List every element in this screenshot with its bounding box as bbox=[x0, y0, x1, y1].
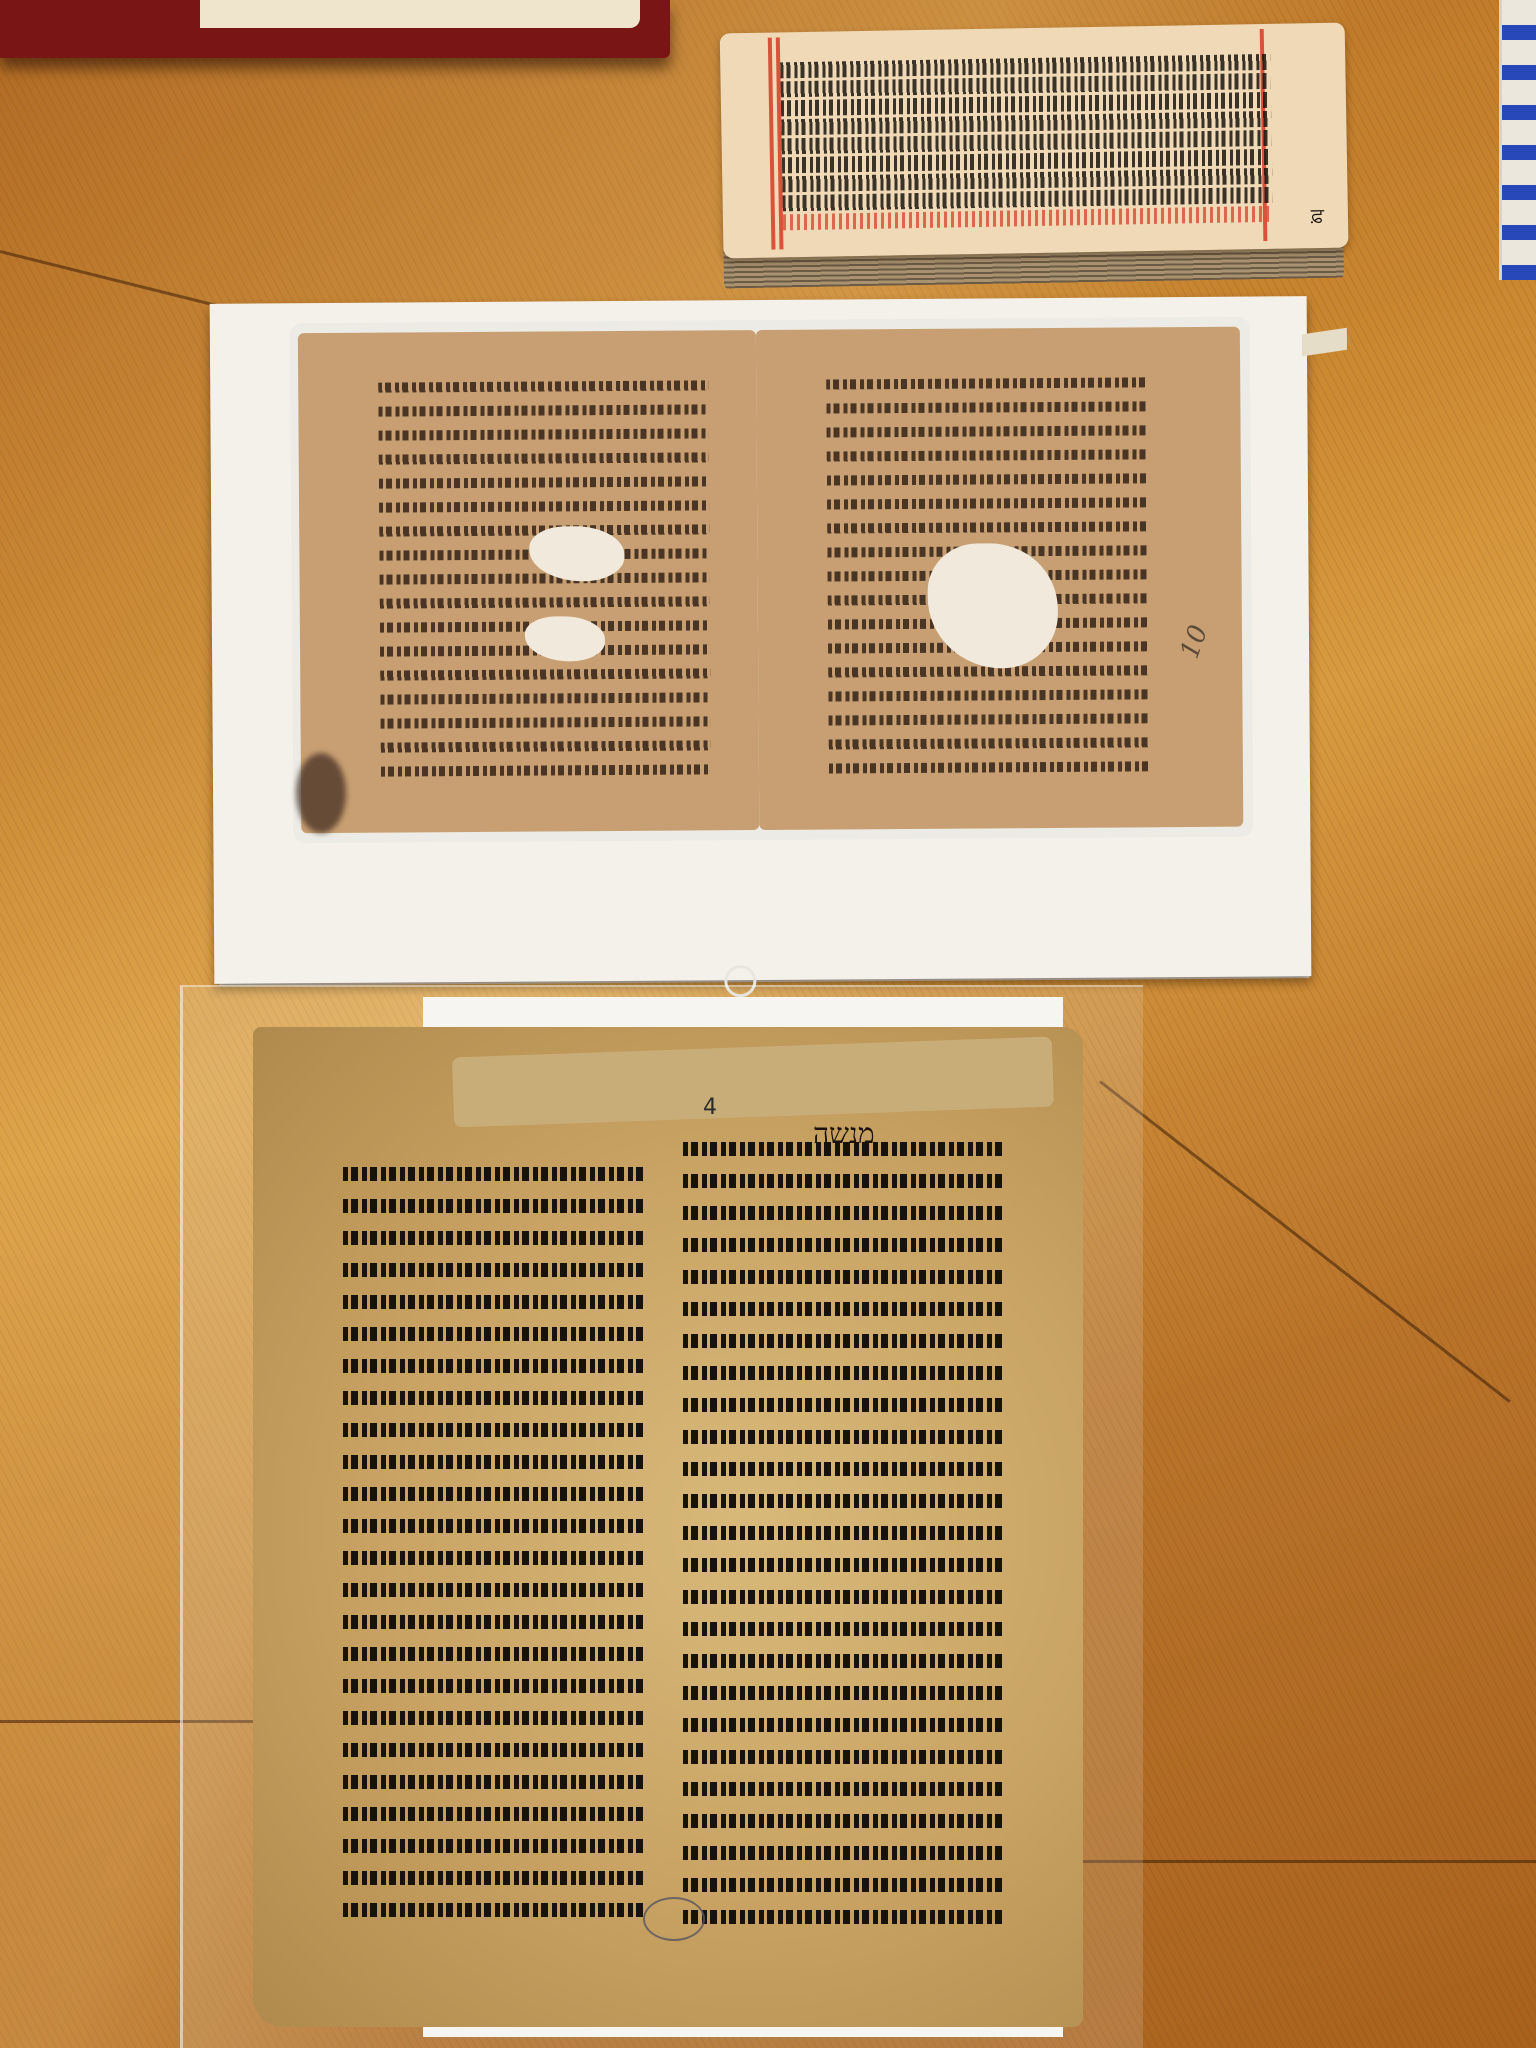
text-line bbox=[343, 1263, 643, 1277]
water-stain bbox=[296, 753, 347, 833]
manuscript-top-leaf: ਫ਼ bbox=[720, 23, 1349, 259]
text-line bbox=[343, 1327, 643, 1341]
text-line bbox=[379, 428, 709, 440]
left-text-block bbox=[378, 380, 711, 790]
text-line bbox=[343, 1295, 643, 1309]
folio-left-page bbox=[298, 330, 759, 833]
text-line bbox=[683, 1878, 1003, 1892]
text-line bbox=[683, 1622, 1003, 1636]
text-line bbox=[827, 473, 1147, 485]
text-line bbox=[683, 1206, 1003, 1220]
text-line bbox=[827, 449, 1147, 461]
table-seam bbox=[1099, 1080, 1511, 1403]
text-line bbox=[381, 740, 711, 752]
pothi-manuscript: ਫ਼ bbox=[720, 23, 1350, 304]
text-line bbox=[828, 689, 1148, 701]
text-line bbox=[683, 1846, 1003, 1860]
book-pages bbox=[200, 0, 640, 28]
text-line bbox=[381, 764, 711, 776]
text-line bbox=[683, 1430, 1003, 1444]
text-line bbox=[380, 668, 710, 680]
hebrew-parchment-leaf: 4 מנשה bbox=[253, 1027, 1083, 2027]
text-line bbox=[379, 452, 709, 464]
text-line bbox=[827, 425, 1147, 437]
text-line bbox=[343, 1871, 643, 1885]
text-line bbox=[343, 1199, 643, 1213]
library-stamp bbox=[643, 1897, 705, 1941]
text-line bbox=[829, 761, 1149, 773]
text-line bbox=[683, 1718, 1003, 1732]
text-line bbox=[379, 476, 709, 488]
text-line bbox=[683, 1366, 1003, 1380]
red-margin-rule bbox=[768, 38, 776, 250]
text-line bbox=[827, 497, 1147, 509]
text-line bbox=[343, 1743, 643, 1757]
hebrew-column-left bbox=[683, 1142, 1003, 1942]
manuscript-text-block bbox=[780, 54, 1273, 234]
text-line bbox=[683, 1494, 1003, 1508]
text-line bbox=[343, 1807, 643, 1821]
text-line bbox=[343, 1711, 643, 1725]
text-line bbox=[343, 1231, 643, 1245]
text-line bbox=[683, 1910, 1003, 1924]
text-line bbox=[343, 1487, 643, 1501]
text-line bbox=[683, 1238, 1003, 1252]
text-line bbox=[683, 1142, 1003, 1156]
folded-top-strip bbox=[452, 1037, 1054, 1128]
text-line bbox=[378, 380, 708, 392]
text-line bbox=[378, 404, 708, 416]
red-bound-book bbox=[0, 0, 670, 58]
text-line bbox=[683, 1686, 1003, 1700]
edge-striped-document bbox=[1499, 0, 1536, 280]
text-line bbox=[343, 1839, 643, 1853]
text-line bbox=[826, 401, 1146, 413]
text-line bbox=[829, 737, 1149, 749]
text-line bbox=[826, 377, 1146, 389]
plastic-sleeve: 4 מנשה bbox=[180, 985, 1143, 2048]
text-line bbox=[379, 500, 709, 512]
mounted-folio: 10 bbox=[210, 296, 1312, 984]
text-line bbox=[683, 1334, 1003, 1348]
text-line bbox=[683, 1462, 1003, 1476]
text-line bbox=[343, 1903, 643, 1917]
text-line bbox=[380, 572, 710, 584]
text-line bbox=[343, 1167, 643, 1181]
text-line bbox=[343, 1615, 643, 1629]
text-line bbox=[343, 1359, 643, 1373]
text-line bbox=[683, 1526, 1003, 1540]
text-line bbox=[381, 716, 711, 728]
text-line bbox=[380, 596, 710, 608]
text-line bbox=[343, 1455, 643, 1469]
text-line bbox=[683, 1302, 1003, 1316]
text-line bbox=[343, 1391, 643, 1405]
text-line bbox=[343, 1423, 643, 1437]
text-line bbox=[343, 1647, 643, 1661]
text-line bbox=[683, 1590, 1003, 1604]
text-line bbox=[343, 1551, 643, 1565]
text-line bbox=[343, 1519, 643, 1533]
pencil-annotation: 10 bbox=[1175, 621, 1214, 662]
text-line bbox=[683, 1782, 1003, 1796]
text-line bbox=[683, 1398, 1003, 1412]
text-line bbox=[343, 1583, 643, 1597]
text-line bbox=[343, 1775, 643, 1789]
folio-number: 4 bbox=[703, 1095, 717, 1120]
table-seam bbox=[1080, 1860, 1536, 1863]
text-line bbox=[683, 1814, 1003, 1828]
text-line bbox=[683, 1654, 1003, 1668]
folio-right-page: 10 bbox=[756, 327, 1243, 830]
hebrew-column-right bbox=[343, 1167, 643, 1935]
leaf-marker: ਫ਼ bbox=[1311, 203, 1325, 227]
text-line bbox=[827, 521, 1147, 533]
text-line bbox=[683, 1750, 1003, 1764]
text-line bbox=[343, 1679, 643, 1693]
text-line bbox=[380, 692, 710, 704]
text-line bbox=[683, 1174, 1003, 1188]
text-line bbox=[683, 1270, 1003, 1284]
text-line bbox=[829, 713, 1149, 725]
ribbon-tab bbox=[1302, 328, 1347, 357]
text-line bbox=[683, 1558, 1003, 1572]
